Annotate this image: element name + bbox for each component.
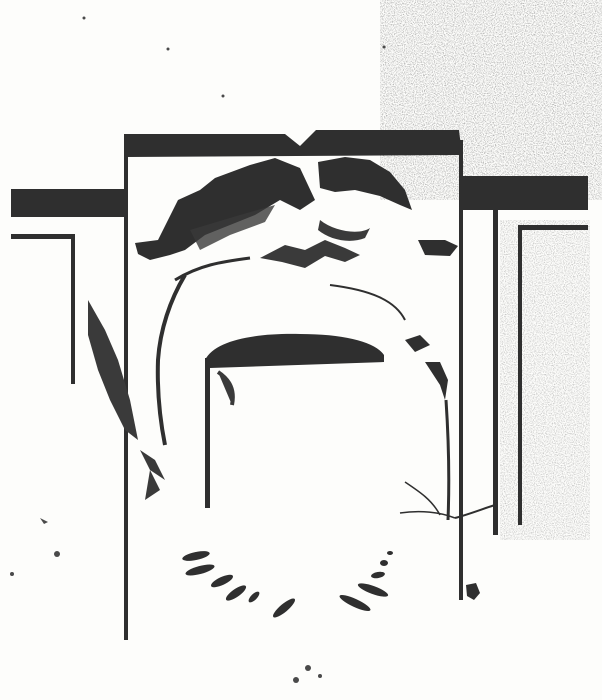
right-foliage — [400, 335, 495, 520]
cartouche — [205, 334, 384, 508]
weathered-texture — [380, 0, 602, 200]
left-foliage — [88, 275, 185, 500]
garland-leaves — [181, 549, 393, 620]
keystone-relief-image — [0, 0, 602, 700]
